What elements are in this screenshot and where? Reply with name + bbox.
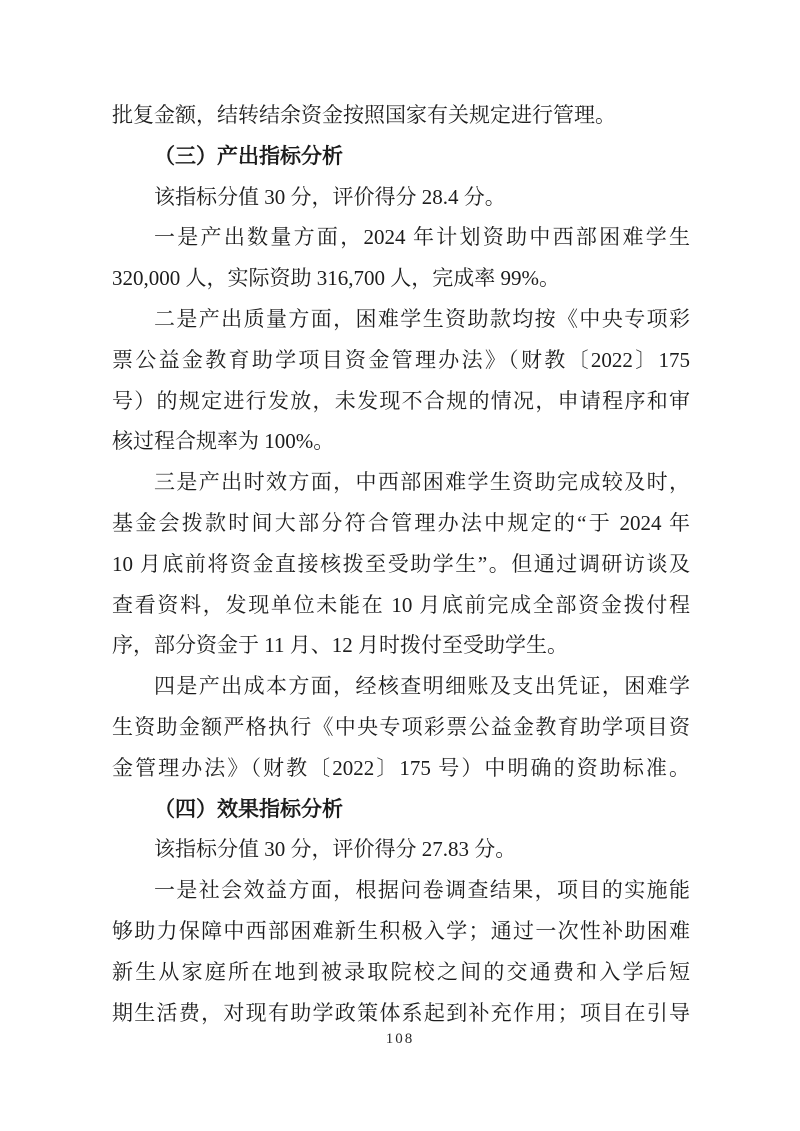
- text-line: 新生从家庭所在地到被录取院校之间的交通费和入学后短: [112, 952, 690, 993]
- text-line: 基金会拨款时间大部分符合管理办法中规定的“于 2024 年: [112, 503, 690, 544]
- text-line: 金管理办法》（财教〔2022〕175 号）中明确的资助标准。: [112, 748, 690, 789]
- text-line: 二是产出质量方面，困难学生资助款均按《中央专项彩: [112, 299, 690, 340]
- text-line: 三是产出时效方面，中西部困难学生资助完成较及时，: [112, 462, 690, 503]
- text-line: 320,000 人，实际资助 316,700 人，完成率 99%。: [112, 258, 690, 299]
- text-line: 期生活费，对现有助学政策体系起到补充作用；项目在引导: [112, 993, 690, 1034]
- text-line: 批复金额，结转结余资金按照国家有关规定进行管理。: [112, 95, 690, 136]
- text-line: 号）的规定进行发放，未发现不合规的情况，申请程序和审: [112, 381, 690, 422]
- text-line: 够助力保障中西部困难新生积极入学；通过一次性补助困难: [112, 911, 690, 952]
- heading-line: （三）产出指标分析: [112, 136, 690, 177]
- page-number: 108: [0, 1031, 800, 1048]
- document-body: 批复金额，结转结余资金按照国家有关规定进行管理。（三）产出指标分析该指标分值 3…: [112, 95, 690, 1033]
- document-page: 批复金额，结转结余资金按照国家有关规定进行管理。（三）产出指标分析该指标分值 3…: [0, 0, 800, 1131]
- text-line: 四是产出成本方面，经核查明细账及支出凭证，困难学: [112, 666, 690, 707]
- text-line: 查看资料，发现单位未能在 10 月底前完成全部资金拨付程: [112, 585, 690, 626]
- text-line: 一是产出数量方面，2024 年计划资助中西部困难学生: [112, 217, 690, 258]
- text-line: 该指标分值 30 分，评价得分 27.83 分。: [112, 829, 690, 870]
- text-line: 核过程合规率为 100%。: [112, 421, 690, 462]
- text-line: 10 月底前将资金直接核拨至受助学生”。但通过调研访谈及: [112, 544, 690, 585]
- text-line: 票公益金教育助学项目资金管理办法》（财教〔2022〕175: [112, 340, 690, 381]
- text-line: 该指标分值 30 分，评价得分 28.4 分。: [112, 177, 690, 218]
- text-line: 生资助金额严格执行《中央专项彩票公益金教育助学项目资: [112, 707, 690, 748]
- text-line: 一是社会效益方面，根据问卷调查结果，项目的实施能: [112, 870, 690, 911]
- text-line: 序，部分资金于 11 月、12 月时拨付至受助学生。: [112, 625, 690, 666]
- heading-line: （四）效果指标分析: [112, 789, 690, 830]
